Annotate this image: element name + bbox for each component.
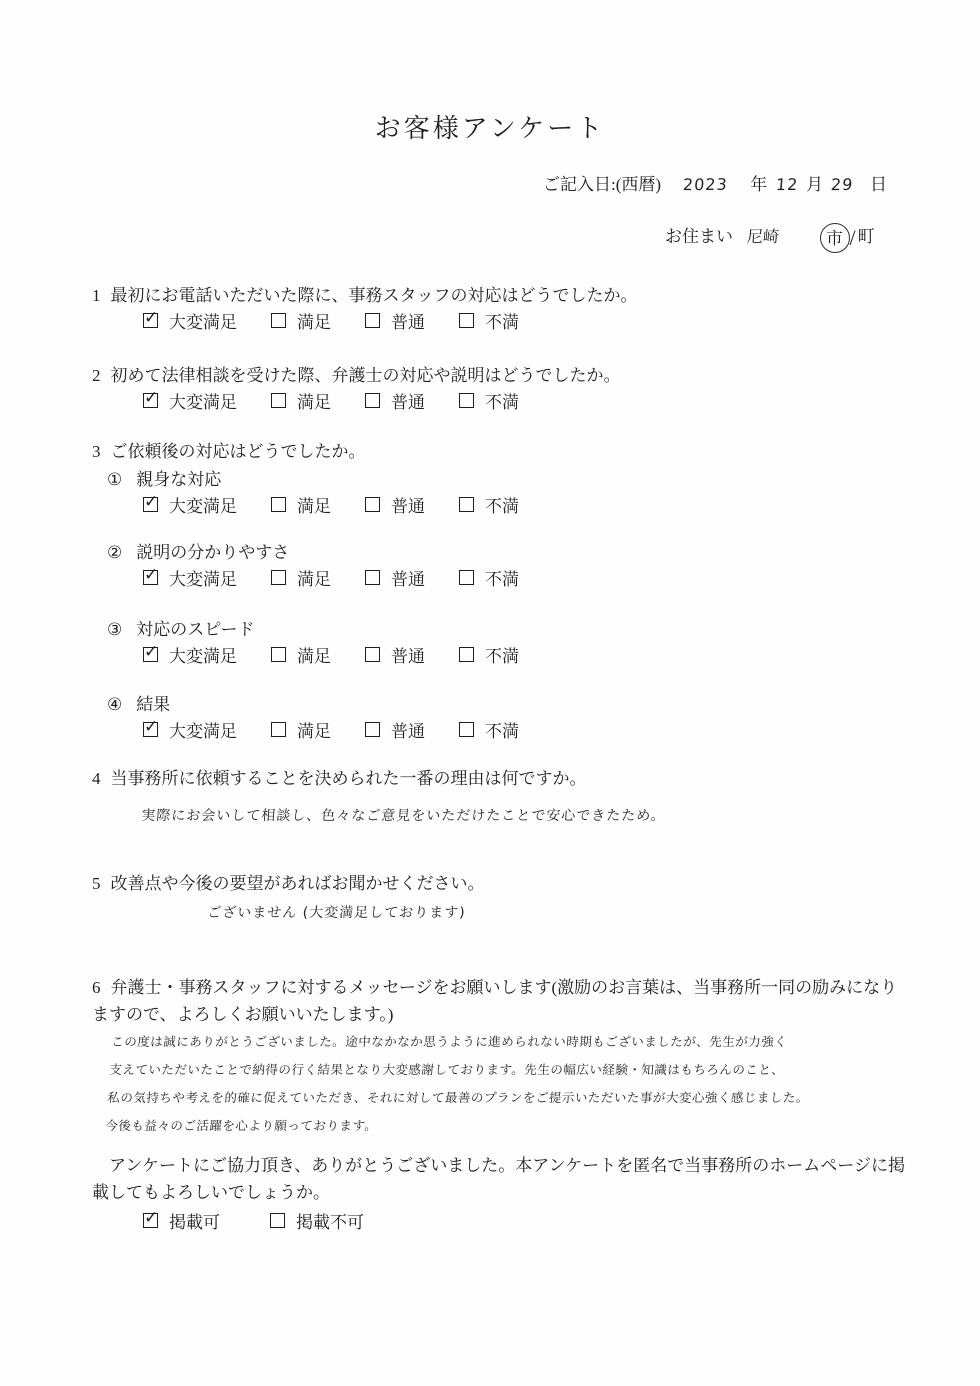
option-label: 満足 (297, 308, 331, 333)
option-label: 普通 (391, 565, 425, 590)
question-6: 6弁護士・事務スタッフに対するメッセージをお願いします(激励のお言葉は、当事務所… (92, 974, 907, 1028)
option-label: 不満 (485, 388, 519, 413)
town-suffix: 町 (858, 227, 875, 246)
city-town-separator: / (850, 225, 856, 250)
option-label: 満足 (297, 717, 331, 742)
option-neutral: 普通 (365, 492, 425, 517)
checkbox (365, 570, 380, 585)
option-label: 普通 (391, 717, 425, 742)
option-neutral: 普通 (365, 717, 425, 742)
option-very-satisfied: 大変満足 (143, 717, 237, 742)
date-line: ご記入日:(西暦) 2023 年 12 月 29 日 (543, 170, 887, 195)
option-label: 大変満足 (169, 492, 237, 517)
option-neutral: 普通 (365, 642, 425, 667)
checkbox (365, 722, 380, 737)
option-satisfied: 満足 (271, 492, 331, 517)
checkbox (143, 393, 158, 408)
checkbox (459, 497, 474, 512)
question-5-number: 5 (92, 874, 101, 893)
question-4: 4当事務所に依頼することを決められた一番の理由は何ですか。 (92, 764, 587, 789)
checkbox (271, 647, 286, 662)
question-3-subitem-2: ②説明の分かりやすさ (107, 538, 289, 563)
option-publication-allowed: 掲載可 (143, 1208, 220, 1233)
subitem-3-marker: ③ (107, 620, 122, 639)
option-very-satisfied: 大変満足 (143, 642, 237, 667)
option-label: 不満 (485, 565, 519, 590)
answer-line: 支えていただいたことで納得の行く結果となり大変感謝しております。先生の幅広い経験… (109, 1060, 812, 1078)
answer-line: 私の気持ちや考えを的確に促えていただき、それに対して最善のプランをご提示いただい… (107, 1088, 810, 1106)
option-satisfied: 満足 (271, 717, 331, 742)
option-label: 普通 (391, 308, 425, 333)
option-label: 満足 (297, 388, 331, 413)
subitem-4-marker: ④ (107, 695, 122, 714)
option-label: 普通 (391, 642, 425, 667)
option-label: 満足 (297, 492, 331, 517)
residence-label: お住まい (665, 227, 733, 246)
checkbox (459, 313, 474, 328)
question-4-text: 当事務所に依頼することを決められた一番の理由は何ですか。 (111, 769, 587, 788)
question-6-handwritten-answer: この度は誠にありがとうございました。途中なかなか思うように進められない時期もござ… (104, 1032, 813, 1144)
question-6-text: 弁護士・事務スタッフに対するメッセージをお願いします(激励のお言葉は、当事務所一… (92, 978, 897, 1024)
question-5: 5改善点や今後の要望があればお聞かせください。 (92, 869, 485, 894)
question-3: 3ご依頼後の対応はどうでしたか。 (92, 437, 366, 462)
date-day-value: 29 (831, 175, 855, 194)
checkbox (143, 647, 158, 662)
question-1-options: 大変満足 満足 普通 不満 (143, 308, 519, 333)
question-3-number: 3 (92, 442, 101, 461)
option-label: 満足 (297, 565, 331, 590)
question-2-number: 2 (92, 366, 101, 385)
checkbox (270, 1213, 285, 1228)
question-3-subitem-3-options: 大変満足 満足 普通 不満 (143, 642, 519, 667)
option-very-satisfied: 大変満足 (143, 308, 237, 333)
option-very-satisfied: 大変満足 (143, 492, 237, 517)
option-label: 大変満足 (169, 308, 237, 333)
question-1-text: 最初にお電話いただいた際に、事務スタッフの対応はどうでしたか。 (111, 286, 638, 305)
date-day-unit: 日 (870, 175, 887, 194)
checkbox (271, 313, 286, 328)
option-label: 満足 (297, 642, 331, 667)
checkbox (271, 722, 286, 737)
checkbox (365, 393, 380, 408)
question-1-number: 1 (92, 286, 101, 305)
option-publication-denied: 掲載不可 (270, 1208, 364, 1233)
city-circled-mark: 市 (820, 223, 850, 253)
option-label: 大変満足 (169, 642, 237, 667)
checkbox (143, 497, 158, 512)
option-satisfied: 満足 (271, 642, 331, 667)
option-very-satisfied: 大変満足 (143, 565, 237, 590)
option-dissatisfied: 不満 (459, 308, 519, 333)
subitem-4-label: 結果 (136, 695, 170, 714)
question-3-text: ご依頼後の対応はどうでしたか。 (111, 442, 366, 461)
checkbox (271, 570, 286, 585)
answer-line: この度は誠にありがとうございました。途中なかなか思うように進められない時期もござ… (111, 1032, 814, 1050)
question-3-subitem-4-options: 大変満足 満足 普通 不満 (143, 717, 519, 742)
option-satisfied: 満足 (271, 388, 331, 413)
question-3-subitem-1-options: 大変満足 満足 普通 不満 (143, 492, 519, 517)
question-6-number: 6 (92, 978, 101, 997)
option-label: 不満 (485, 308, 519, 333)
question-3-subitem-4: ④結果 (107, 690, 170, 715)
option-dissatisfied: 不満 (459, 717, 519, 742)
option-label: 普通 (391, 388, 425, 413)
option-label: 大変満足 (169, 565, 237, 590)
option-dissatisfied: 不満 (459, 388, 519, 413)
residence-value-handwritten: 尼崎 (746, 224, 780, 247)
option-dissatisfied: 不満 (459, 492, 519, 517)
checkbox (459, 570, 474, 585)
option-neutral: 普通 (365, 388, 425, 413)
checkbox (143, 1213, 158, 1228)
answer-line: 今後も益々のご活躍を心より願っております。 (105, 1116, 808, 1134)
question-3-subitem-2-options: 大変満足 満足 普通 不満 (143, 565, 519, 590)
question-4-number: 4 (92, 769, 101, 788)
question-2-text: 初めて法律相談を受けた際、弁護士の対応や説明はどうでしたか。 (111, 366, 621, 385)
question-1: 1最初にお電話いただいた際に、事務スタッフの対応はどうでしたか。 (92, 281, 638, 306)
option-dissatisfied: 不満 (459, 565, 519, 590)
closing-text: アンケートにご協力頂き、ありがとうございました。本アンケートを匿名で当事務所のホ… (92, 1152, 914, 1206)
checkbox (459, 647, 474, 662)
subitem-2-label: 説明の分かりやすさ (136, 543, 289, 562)
checkbox (365, 647, 380, 662)
question-3-subitem-3: ③対応のスピード (107, 615, 255, 640)
checkbox (271, 497, 286, 512)
date-month-unit: 月 (806, 175, 823, 194)
checkbox (143, 722, 158, 737)
option-label: 掲載不可 (296, 1208, 364, 1233)
option-dissatisfied: 不満 (459, 642, 519, 667)
question-2: 2初めて法律相談を受けた際、弁護士の対応や説明はどうでしたか。 (92, 361, 621, 386)
page-title: お客様アンケート (0, 108, 980, 145)
checkbox (143, 313, 158, 328)
subitem-2-marker: ② (107, 543, 122, 562)
checkbox (365, 313, 380, 328)
publication-options: 掲載可 掲載不可 (143, 1208, 364, 1233)
option-neutral: 普通 (365, 308, 425, 333)
question-2-options: 大変満足 満足 普通 不満 (143, 388, 519, 413)
checkbox (365, 497, 380, 512)
question-4-handwritten-answer: 実際にお会いして相談し、色々なご意見をいただけたことで安心できたため。 (141, 805, 667, 825)
option-satisfied: 満足 (271, 308, 331, 333)
date-year-value: 2023 (683, 175, 729, 194)
subitem-1-marker: ① (107, 470, 122, 489)
option-label: 大変満足 (169, 388, 237, 413)
checkbox (459, 393, 474, 408)
option-satisfied: 満足 (271, 565, 331, 590)
residence-line: お住まい 尼崎 市/町 (665, 222, 875, 253)
question-5-handwritten-answer: ございません (大変満足しております) (207, 902, 467, 922)
option-label: 不満 (485, 717, 519, 742)
option-label: 不満 (485, 492, 519, 517)
checkbox (459, 722, 474, 737)
option-neutral: 普通 (365, 565, 425, 590)
subitem-3-label: 対応のスピード (136, 620, 254, 639)
date-month-value: 12 (775, 175, 799, 194)
question-3-subitem-1: ①親身な対応 (107, 465, 221, 490)
option-label: 不満 (485, 642, 519, 667)
date-year-unit: 年 (750, 175, 767, 194)
option-label: 普通 (391, 492, 425, 517)
checkbox (271, 393, 286, 408)
option-very-satisfied: 大変満足 (143, 388, 237, 413)
date-label: ご記入日:(西暦) (543, 175, 661, 194)
option-label: 掲載可 (169, 1208, 220, 1233)
question-5-text: 改善点や今後の要望があればお聞かせください。 (111, 874, 485, 893)
subitem-1-label: 親身な対応 (136, 470, 221, 489)
checkbox (143, 570, 158, 585)
option-label: 大変満足 (169, 717, 237, 742)
scanned-survey-page: お客様アンケート ご記入日:(西暦) 2023 年 12 月 29 日 お住まい… (0, 0, 980, 1386)
